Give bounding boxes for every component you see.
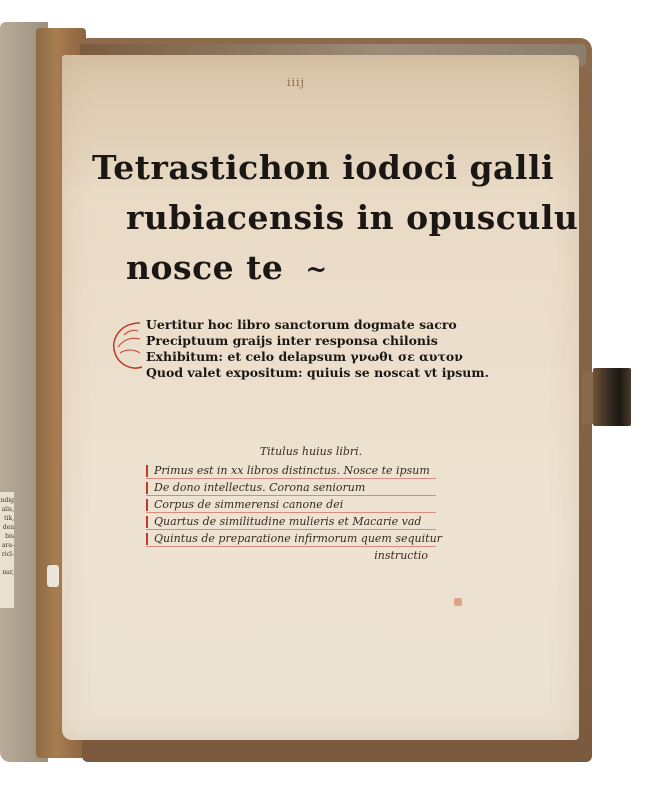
manuscript-line: Primus est in xx libros distinctus. Nosc… [146, 462, 436, 479]
folio-mark: iiij [287, 76, 305, 89]
title-page: iiij Tetrastichon iodoci galli rubiacens… [62, 55, 579, 740]
red-initial-ornament [110, 317, 146, 377]
printed-title: Tetrastichon iodoci galli rubiacensis in… [92, 143, 562, 295]
manuscript-line: Quintus de preparatione infirmorum quem … [146, 530, 436, 547]
tetrastich-verse: Uertitur hoc libro sanctorum dogmate sac… [110, 317, 530, 381]
verse-line: Exhibitum: et celo delapsum γνωθι σε αυτ… [110, 349, 530, 365]
manuscript-line: Corpus de simmerensi canone dei [146, 496, 436, 513]
metal-clasp [593, 368, 631, 426]
manuscript-line: Quartus de similitudine mulieris et Maca… [146, 513, 436, 530]
book-photograph: ndig alis, tik, den bis ara- ricl- nar, … [0, 0, 671, 800]
flourish-ornament: ~ [305, 245, 327, 295]
title-line: Tetrastichon iodoci galli [92, 143, 562, 193]
verse-line: Uertitur hoc libro sanctorum dogmate sac… [110, 317, 530, 333]
red-ink-spot [454, 598, 462, 606]
title-line: nosce te~ [92, 243, 562, 295]
manuscript-line: De dono intellectus. Corona seniorum [146, 479, 436, 496]
paper-tear [47, 565, 59, 587]
title-line: rubiacensis in opusculu [92, 193, 562, 243]
verse-line: Preciptuum graijs inter responsa chiloni… [110, 333, 530, 349]
manuscript-tail: instructio [146, 549, 436, 562]
verse-line: Quod valet expositum: quiuis se noscat v… [110, 365, 530, 381]
manuscript-heading: Titulus huius libri. [146, 445, 436, 458]
bookseller-label: ndig alis, tik, den bis ara- ricl- nar, [0, 492, 14, 608]
manuscript-table-of-contents: Titulus huius libri. Primus est in xx li… [146, 445, 436, 562]
